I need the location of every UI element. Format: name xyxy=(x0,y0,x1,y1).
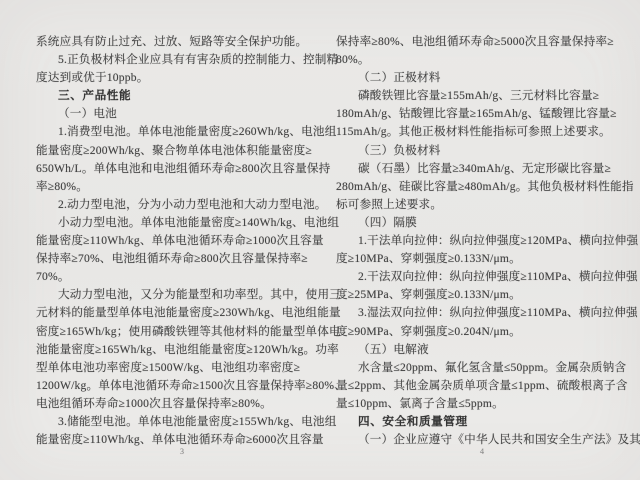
text-line: 1.干法单向拉伸：纵向拉伸强度≥120MPa、横向拉伸强 xyxy=(336,232,628,250)
text-line: （一）电池 xyxy=(36,105,328,123)
text-line: 保持率≥70%、电池组循环寿命≥800次且容量保持率≥ xyxy=(36,250,328,268)
text-line: 标可参照上述要求。 xyxy=(336,196,628,214)
text-line: 1200W/kg。单体电池循环寿命≥1500次且容量保持率≥80%、 xyxy=(36,377,328,395)
page-number: 4 xyxy=(336,447,628,456)
text-line: 度≥10MPa、穿刺强度≥0.133N/μm。 xyxy=(336,250,628,268)
page-right: 保持率≥80%、电池组循环寿命≥5000次且容量保持率≥80%。（二）正极材料磷… xyxy=(336,33,628,473)
text-line: 系统应具有防止过充、过放、短路等安全保护功能。 xyxy=(36,33,328,51)
text-line: 大动力型电池，又分为能量型和功率型。其中，使用三 xyxy=(36,286,328,304)
text-line: （二）正极材料 xyxy=(336,69,628,87)
page-lines: 保持率≥80%、电池组循环寿命≥5000次且容量保持率≥80%。（二）正极材料磷… xyxy=(336,33,628,449)
section-heading-line: 四、安全和质量管理 xyxy=(336,413,628,431)
text-line: （五）电解液 xyxy=(336,341,628,359)
text-line: 池能量密度≥165Wh/kg、电池组能量密度≥120Wh/kg。功率 xyxy=(36,341,328,359)
text-line: 2.干法双向拉伸：纵向拉伸强度≥110MPa、横向拉伸强 xyxy=(336,268,628,286)
text-line: 磷酸铁锂比容量≥155mAh/g、三元材料比容量≥ xyxy=(336,87,628,105)
text-line: 度≥90MPa、穿刺强度≥0.204N/μm。 xyxy=(336,323,628,341)
text-line: 能量密度≥200Wh/kg、聚合物单体电池体积能量密度≥ xyxy=(36,142,328,160)
document-scan: 系统应具有防止过充、过放、短路等安全保护功能。5.正负极材料企业应具有有害杂质的… xyxy=(0,0,640,480)
page-number: 3 xyxy=(36,447,328,456)
text-line: （三）负极材料 xyxy=(336,142,628,160)
text-line: 量≤10ppm、氯离子含量≤5ppm。 xyxy=(336,395,628,413)
text-line: 650Wh/L。单体电池和电池组循环寿命≥800次且容量保持 xyxy=(36,160,328,178)
text-line: 2.动力型电池，分为小动力型电池和大动力型电池。 xyxy=(36,196,328,214)
text-line: 碳（石墨）比容量≥340mAh/g、无定形碳比容量≥ xyxy=(336,160,628,178)
text-line: 能量密度≥110Wh/kg、单体电池循环寿命≥1000次且容量 xyxy=(36,232,328,250)
text-line: 5.正负极材料企业应具有有害杂质的控制能力、控制精 xyxy=(36,51,328,69)
text-line: （四）隔膜 xyxy=(336,214,628,232)
text-line: 280mAh/g、硅碳比容量≥480mAh/g。其他负极材料性能指 xyxy=(336,178,628,196)
text-line: 180mAh/g、钴酸锂比容量≥165mAh/g、锰酸锂比容量≥ xyxy=(336,105,628,123)
text-line: 保持率≥80%、电池组循环寿命≥5000次且容量保持率≥ xyxy=(336,33,628,51)
text-line: 型单体电池功率密度≥1500W/kg、电池组功率密度≥ xyxy=(36,359,328,377)
text-line: 70%。 xyxy=(36,268,328,286)
text-line: 小动力型电池。单体电池能量密度≥140Wh/kg、电池组 xyxy=(36,214,328,232)
text-line: 3.储能型电池。单体电池能量密度≥155Wh/kg、电池组 xyxy=(36,413,328,431)
text-line: 3.湿法双向拉伸：纵向拉伸强度≥110MPa、横向拉伸强 xyxy=(336,304,628,322)
text-line: 度达到或优于10ppb。 xyxy=(36,69,328,87)
section-heading-line: 三、产品性能 xyxy=(36,87,328,105)
text-line: 率≥80%。 xyxy=(36,178,328,196)
text-line: 1.消费型电池。单体电池能量密度≥260Wh/kg、电池组 xyxy=(36,123,328,141)
text-line: 115mAh/g。其他正极材料性能指标可参照上述要求。 xyxy=(336,123,628,141)
text-line: 元材料的能量型单体电池能量密度≥230Wh/kg、电池组能量 xyxy=(36,304,328,322)
text-line: 密度≥165Wh/kg；使用磷酸铁锂等其他材料的能量型单体电 xyxy=(36,323,328,341)
page-lines: 系统应具有防止过充、过放、短路等安全保护功能。5.正负极材料企业应具有有害杂质的… xyxy=(36,33,328,449)
text-line: 水含量≤20ppm、氟化氢含量≤50ppm。金属杂质钠含 xyxy=(336,359,628,377)
text-line: 电池组循环寿命≥1000次且容量保持率≥80%。 xyxy=(36,395,328,413)
text-line: 度≥25MPa、穿刺强度≥0.133N/μm。 xyxy=(336,286,628,304)
page-left: 系统应具有防止过充、过放、短路等安全保护功能。5.正负极材料企业应具有有害杂质的… xyxy=(36,33,328,473)
text-line: 量≤2ppm、其他金属杂质单项含量≤1ppm、硫酸根离子含 xyxy=(336,377,628,395)
text-line: 80%。 xyxy=(336,51,628,69)
